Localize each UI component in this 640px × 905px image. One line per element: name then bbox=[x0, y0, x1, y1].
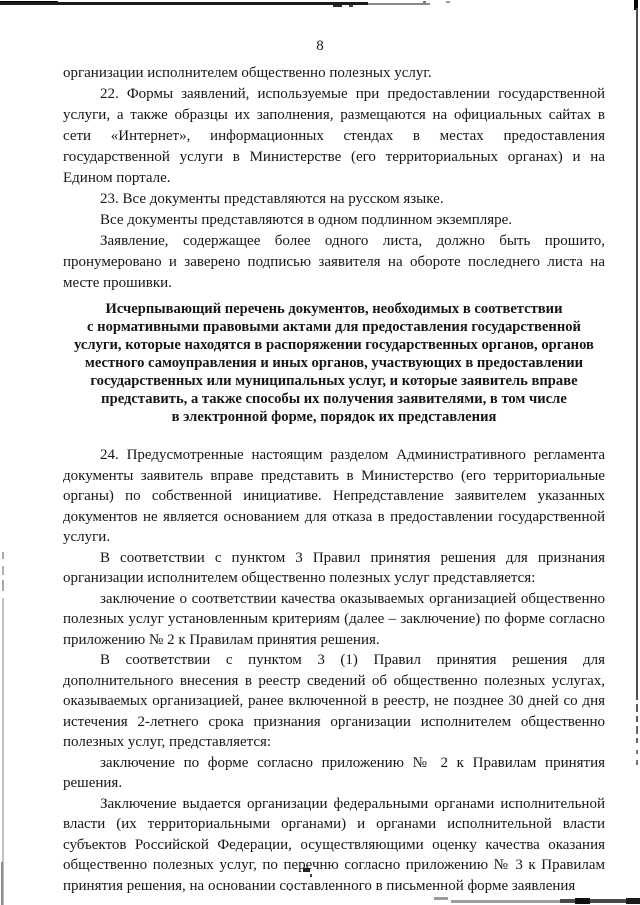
document-page: 8 организации исполнителем общественно п… bbox=[0, 0, 640, 905]
scan-artifact-dot bbox=[446, 1, 450, 3]
paragraph: Все документы представляются в одном под… bbox=[63, 210, 605, 231]
paragraph: заключение о соответствии качества оказы… bbox=[63, 589, 605, 651]
scan-artifact-dot bbox=[423, 1, 426, 3]
heading-line: местного самоуправления и иных органов, … bbox=[63, 354, 605, 372]
scan-artifact-bottom-bar bbox=[560, 899, 640, 903]
scan-artifact-left-edge-line bbox=[2, 598, 4, 905]
scan-artifact-right-edge-dash bbox=[636, 750, 638, 754]
scan-artifact-right-edge-line bbox=[636, 8, 638, 700]
scan-artifact-corner-mark bbox=[634, 0, 638, 10]
paragraph: 24. Предусмотренные настоящим разделом А… bbox=[63, 445, 605, 548]
scan-artifact-right-edge-dash bbox=[636, 704, 638, 712]
document-body: организации исполнителем общественно пол… bbox=[63, 63, 605, 896]
paragraph: Заключение выдается организации федераль… bbox=[63, 794, 605, 897]
heading-line: услуги, которые находятся в распоряжении… bbox=[63, 336, 605, 354]
scan-artifact-top-bar bbox=[0, 1, 58, 5]
heading-line: государственных или муниципальных услуг,… bbox=[63, 372, 605, 390]
scan-artifact-top-bar bbox=[368, 3, 430, 5]
paragraph: В соответствии с пунктом 3 (1) Правил пр… bbox=[63, 650, 605, 753]
scan-artifact-left-edge-dash bbox=[2, 566, 4, 575]
section-heading: Исчерпывающий перечень документов, необх… bbox=[63, 300, 605, 426]
scan-artifact-left-edge-dash bbox=[2, 580, 4, 591]
paragraph: организации исполнителем общественно пол… bbox=[63, 63, 605, 84]
paragraph: Заявление, содержащее более одного листа… bbox=[63, 231, 605, 294]
paragraph: В соответствии с пунктом 3 Правил принят… bbox=[63, 548, 605, 589]
heading-line: представить, а также способы их получени… bbox=[63, 390, 605, 408]
paragraph: 23. Все документы представляются на русс… bbox=[63, 189, 605, 210]
page-number: 8 bbox=[0, 38, 640, 54]
scan-artifact-right-edge-dash bbox=[636, 738, 638, 743]
scan-artifact-top-bar bbox=[0, 2, 368, 5]
scan-artifact-bottom-bar bbox=[434, 897, 448, 900]
scan-artifact-right-edge-dash bbox=[636, 726, 638, 734]
heading-line: в электронной форме, порядок их представ… bbox=[63, 408, 605, 426]
heading-line: Исчерпывающий перечень документов, необх… bbox=[63, 300, 605, 318]
scan-artifact-bottom-bar bbox=[451, 900, 561, 903]
scan-artifact-bottom-bar bbox=[626, 898, 640, 904]
paragraph: 22. Формы заявлений, используемые при пр… bbox=[63, 84, 605, 189]
scan-artifact-left-edge-line bbox=[1, 862, 3, 905]
scan-artifact-dash bbox=[333, 5, 342, 7]
scan-artifact-bottom-bar bbox=[575, 898, 590, 904]
scan-artifact-dash bbox=[349, 5, 353, 7]
paragraph: заключение по форме согласно приложению … bbox=[63, 753, 605, 794]
scan-artifact-left-edge-dash bbox=[2, 552, 4, 559]
heading-line: с нормативными правовыми актами для пред… bbox=[63, 318, 605, 336]
scan-artifact-right-edge-dash bbox=[636, 760, 638, 765]
scan-artifact-right-edge-dash bbox=[636, 716, 638, 722]
